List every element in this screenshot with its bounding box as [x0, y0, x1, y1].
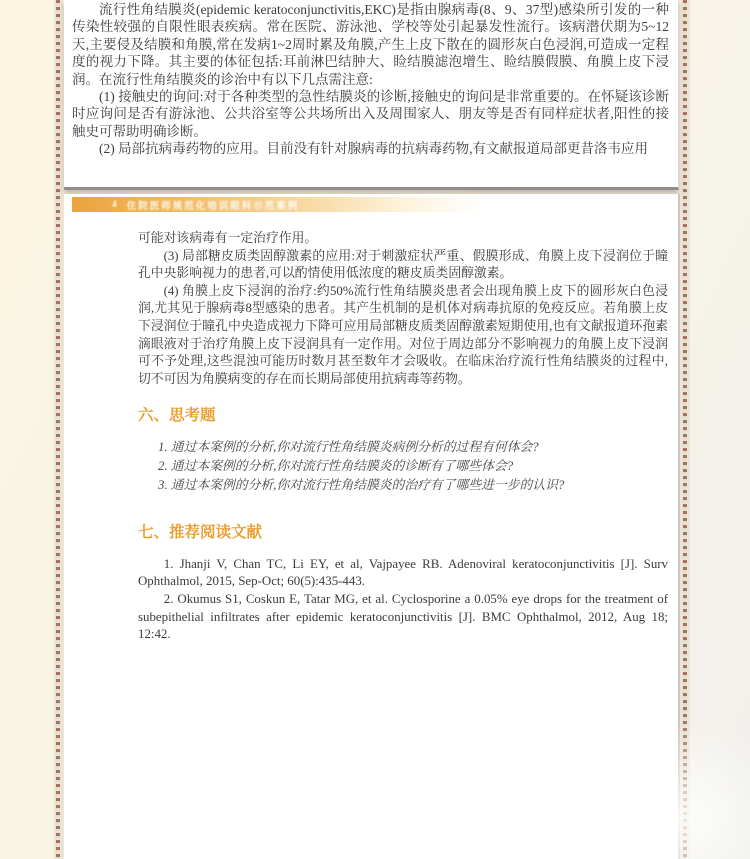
running-header-page-number: 4	[112, 200, 117, 210]
reference-item: 2. Okumus S1, Coskun E, Tatar MG, et al.…	[138, 591, 668, 644]
page1-paragraph-item1: (1) 接触史的询问:对于各种类型的急性结膜炎的诊断,接触史的询问是非常重要的。…	[72, 88, 669, 140]
chapter-header-band: 4 住院医师规范化培训眼科示范案例	[72, 197, 678, 212]
book-page-current: 4 住院医师规范化培训眼科示范案例 可能对该病毒有一定治疗作用。 (3) 局部糖…	[64, 194, 680, 859]
reference-item: 1. Jhanji V, Chan TC, Li EY, et al, Vajp…	[138, 556, 668, 591]
references-list: 1. Jhanji V, Chan TC, Li EY, et al, Vajp…	[138, 556, 668, 644]
question-item: 2. 通过本案例的分析,你对流行性角结膜炎的诊断有了哪些体会?	[158, 457, 668, 476]
page1-paragraph-item2: (2) 局部抗病毒药物的应用。目前没有针对腺病毒的抗病毒药物,有文献报道局部更昔…	[72, 140, 669, 157]
page2-body-text: 可能对该病毒有一定治疗作用。 (3) 局部糖皮质类固醇激素的应用:对于刺激症状严…	[138, 230, 668, 644]
running-header-title: 住院医师规范化培训眼科示范案例	[127, 198, 300, 212]
page2-paragraph-item3: (3) 局部糖皮质类固醇激素的应用:对于刺激症状严重、假膜形成、角膜上皮下浸润位…	[138, 248, 668, 283]
questions-list: 1. 通过本案例的分析,你对流行性角结膜炎病例分析的过程有何体会? 2. 通过本…	[138, 438, 668, 494]
page1-paragraph-intro: 流行性角结膜炎(epidemic keratoconjunctivitis,EK…	[72, 1, 669, 88]
section-heading-questions: 六、思考题	[138, 403, 668, 425]
question-item: 1. 通过本案例的分析,你对流行性角结膜炎病例分析的过程有何体会?	[158, 438, 668, 457]
section-heading-references: 七、推荐阅读文献	[138, 520, 668, 542]
book-photo-background: 流行性角结膜炎(epidemic keratoconjunctivitis,EK…	[0, 0, 750, 859]
right-stitch-border	[681, 0, 690, 859]
book-page-previous: 流行性角结膜炎(epidemic keratoconjunctivitis,EK…	[64, 0, 679, 190]
page1-body-text: 流行性角结膜炎(epidemic keratoconjunctivitis,EK…	[72, 1, 669, 158]
page2-paragraph-continuation: 可能对该病毒有一定治疗作用。	[138, 230, 668, 248]
left-stitch-border	[54, 0, 63, 859]
question-item: 3. 通过本案例的分析,你对流行性角结膜炎的治疗有了哪些进一步的认识?	[158, 476, 668, 495]
page2-paragraph-item4: (4) 角膜上皮下浸润的治疗:约50%流行性角结膜炎患者会出现角膜上皮下的圆形灰…	[138, 283, 668, 389]
